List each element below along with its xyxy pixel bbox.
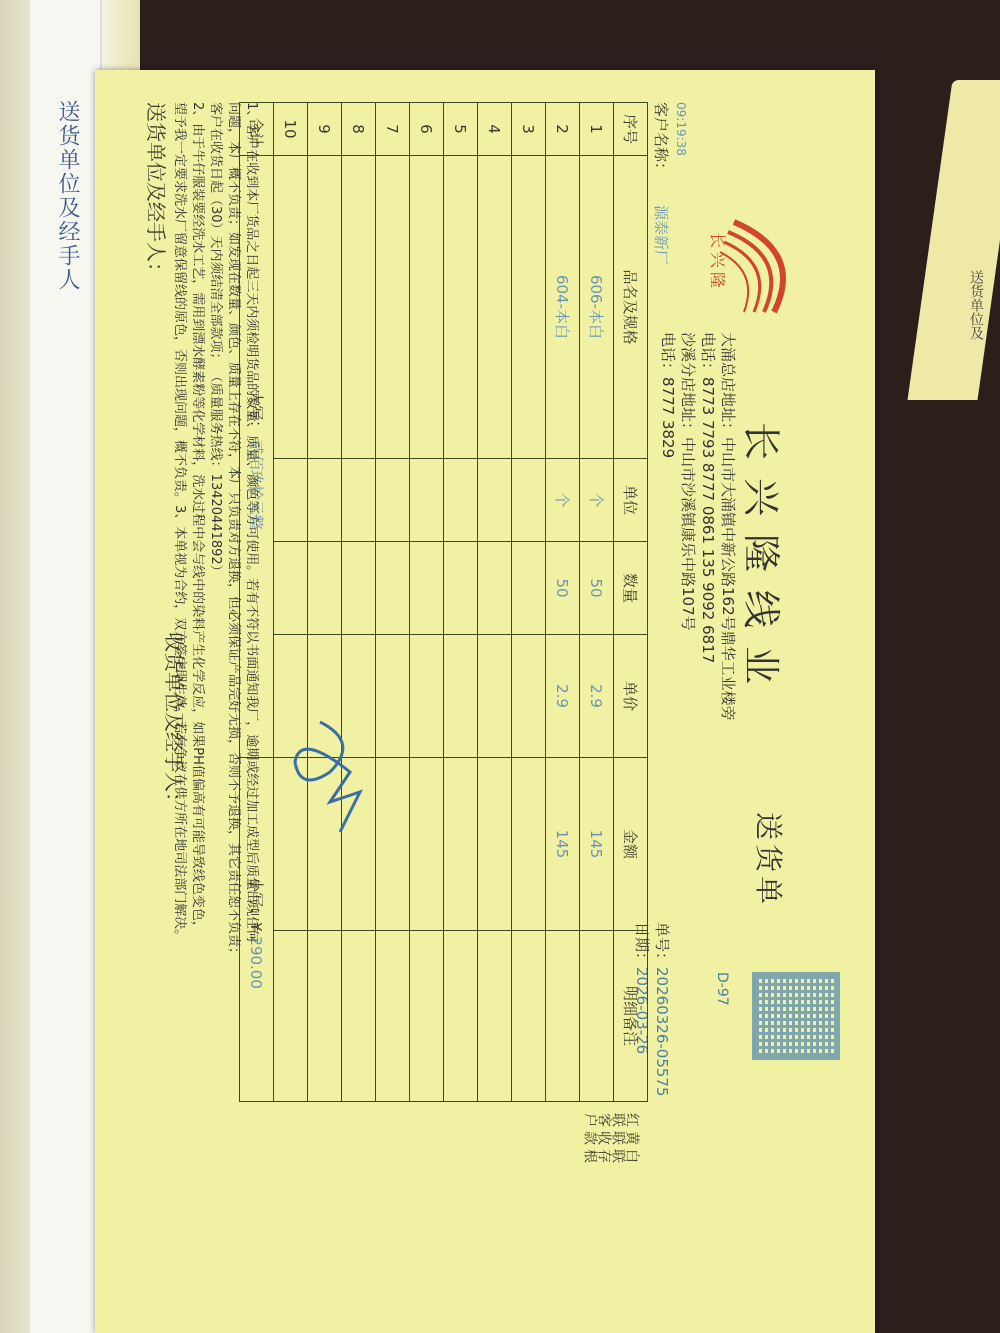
logo-text: 长兴隆 [707,232,730,292]
handwritten-signature [290,712,380,852]
qr-code-icon [752,972,840,1060]
customer-field: 客户名称：源泰新厂 [651,102,672,265]
table-row: 7 [376,103,410,1102]
copy-label-yellow: 黄联收款 [584,1128,640,1146]
row-no: 10 [274,103,308,156]
copy-labels: 白联存根 黄联收款 红联客户 [562,1110,640,1164]
row-no: 8 [342,103,376,156]
customer-label: 客户名称： [652,102,670,177]
customer-name: 源泰新厂 [652,205,670,265]
table-row: 10 [274,103,308,1102]
row-no: 9 [308,103,342,156]
header-name: 品名及规格 [614,156,648,459]
row-note [546,931,580,1102]
row-note [580,931,614,1102]
row-amount: 145 [580,758,614,931]
header-price: 单价 [614,635,648,758]
row-unit: 个 [580,459,614,542]
print-time: 09:19:38 [674,102,688,156]
note-line-2: 问题，本厂概不负责；如发现在数量、颜色、质量上存在不符，本厂只负责对方退换，但必… [224,102,242,1102]
document-type: 送货单 [750,812,790,908]
note-line-4: 2、由于牛仔服装要经洗水工艺，需用到漂水酵素粉等化学材料，洗水过程中会与线中的染… [188,102,206,1102]
row-no: 5 [444,103,478,156]
header-qty: 数量 [614,542,648,635]
hq-address: 大涌总店地址：中山市大涌镇中新公路162号鼎华工业楼旁 [718,332,738,721]
copy-label-white: 白联存根 [584,1146,640,1164]
address-block: 大涌总店地址：中山市大涌镇中新公路162号鼎华工业楼旁 电话：8773 7793… [658,332,738,721]
header-unit: 单位 [614,459,648,542]
table-row: 5 [444,103,478,1102]
table-row: 8 [342,103,376,1102]
order-no-label: 单号： [653,922,671,967]
table-row: 3 [512,103,546,1102]
table-row: 6 [410,103,444,1102]
table-row: 1606-本白个502.9145 [580,103,614,1102]
row-qty: 50 [580,542,614,635]
row-no: 1 [580,103,614,156]
sender-signature-label: 送货单位及经手人： [143,102,172,282]
hq-phone: 电话：8773 7793 8777 0861 135 9092 6817 [698,332,718,721]
row-no: 4 [478,103,512,156]
row-name: 606-本白 [580,156,614,459]
copy-label-red: 红联客户 [584,1110,640,1128]
branch-address: 沙溪分店地址：中山市沙溪镇康乐中路107号 [678,332,698,721]
note-line-1: 1、客户在收到本厂货品之日起三天内须检明货品的数量、质量、颜色等方可使用。若有不… [242,102,260,1102]
right-paper-pile [908,80,1000,400]
receiver-signature-label: 收货单位及经手人： [161,632,190,812]
order-no: 20260326-05575 [653,967,671,1096]
right-pile-label: 送货单位及 [966,270,986,340]
row-price: 2.9 [546,635,580,758]
table-row: 4 [478,103,512,1102]
table-row: 9 [308,103,342,1102]
company-name: 长兴隆线业 [737,422,792,702]
table-header-row: 序号 品名及规格 单位 数量 单价 金额 明细备注 [614,103,648,1102]
row-qty: 50 [546,542,580,635]
header-no: 序号 [614,103,648,156]
header-note: 明细备注 [614,931,648,1102]
branch-phone: 电话：8777 3829 [658,332,678,721]
row-unit: 个 [546,459,580,542]
header-amount: 金额 [614,758,648,931]
form-code: D-97 [714,972,730,1006]
background-sender-label: 送货单位及经手人 [52,100,83,292]
row-name: 604-本白 [546,156,580,459]
note-line-3: 客户在收货日起（30）天内须结清全部款项； （质量服务热线：1342044189… [206,102,224,1102]
delivery-note-form: 长兴隆 长兴隆线业 送货单 大涌总店地址：中山市大涌镇中新公路162号鼎华工业楼… [100,92,800,1152]
row-no: 6 [410,103,444,156]
row-no: 2 [546,103,580,156]
note-line-5: 望予我一定要求洗水厂留意保留线的原色，否则出现问题，概不负责。3、本单视为合约，… [170,102,188,1102]
table-row: 2604-本白个502.9145 [546,103,580,1102]
row-no: 7 [376,103,410,156]
row-price: 2.9 [580,635,614,758]
terms-notes: 1、客户在收到本厂货品之日起三天内须检明货品的数量、质量、颜色等方可使用。若有不… [170,102,260,1102]
row-amount: 145 [546,758,580,931]
items-table: 序号 品名及规格 单位 数量 单价 金额 明细备注 1606-本白个502.91… [239,102,648,1102]
row-no: 3 [512,103,546,156]
